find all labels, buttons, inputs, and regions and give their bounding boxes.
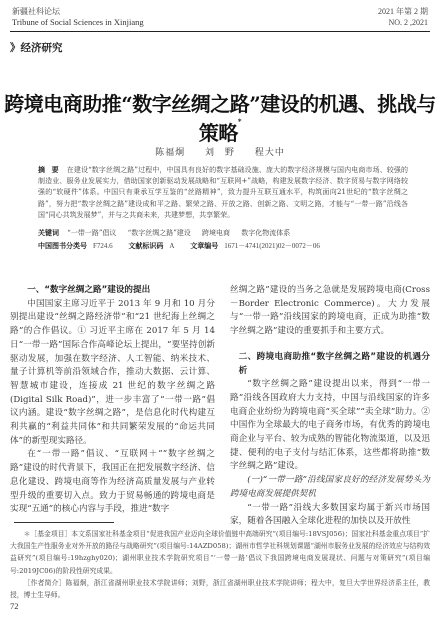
- abstract-label: 摘 要: [38, 166, 61, 174]
- author-3: 程大中: [255, 148, 285, 158]
- keyword: “一带一路”倡议: [67, 229, 116, 237]
- paragraph: “数字丝绸之路”建设提出以来，得到“一带一路”沿线各国政府大力支持，中国与沿线国…: [230, 378, 430, 474]
- body-column-left: 一、“数字丝绸之路”建设的提出 中国国家主席习近平于 2013 年 9 月和 1…: [10, 284, 215, 517]
- journal-name-en: Tribune of Social Sciences in Xinjiang: [12, 17, 144, 28]
- article-title: 跨境电商助推“数字丝绸之路”建设的机遇、挑战与策略*: [0, 88, 440, 146]
- clc-label: 中国图书分类号: [38, 242, 87, 250]
- article-no-label: 文章编号: [190, 242, 218, 250]
- keywords: 关键词 “一带一路”倡议 “数字丝绸之路”建设 跨境电商 数字化物流体系: [38, 228, 299, 238]
- article-no-value: 1671－4741(2021)02－0072－06: [224, 242, 320, 250]
- doc-code-label: 文献标识码: [128, 242, 163, 250]
- footnote-divider: [14, 522, 114, 523]
- paragraph: 中国国家主席习近平于 2013 年 9 月和 10 月分别提出建设“丝绸之路经济…: [10, 298, 215, 449]
- keyword: 跨境电商: [202, 229, 230, 237]
- journal-name-cn: 新疆社科论坛: [12, 6, 144, 17]
- footnotes: ＊［基金项目］本文系国家社科基金项目“促进我国产业迈向全球价值链中高端研究”(项…: [10, 528, 430, 601]
- clc-value: F724.6: [93, 242, 113, 250]
- issue-cn: 2021 年第 2 期: [378, 6, 428, 17]
- keyword: “数字丝绸之路”建设: [128, 229, 191, 237]
- paragraph: 在“一带一路”倡议、“互联网＋”“数字丝绸之路”建设的时代背景下，我国正在把发展…: [10, 448, 215, 517]
- title-footnote-mark: *: [238, 117, 241, 126]
- subsection-heading: (一)“一带一路”沿线国家良好的经济发展势头为跨境电商发展提供契机: [230, 474, 430, 501]
- journal-header-left: 新疆社科论坛 Tribune of Social Sciences in Xin…: [12, 6, 144, 28]
- abstract: 摘 要在建设“数字丝绸之路”过程中，中国具有良好的数字基础设施、庞大的数字经济规…: [38, 165, 408, 221]
- title-text: 跨境电商助推“数字丝绸之路”建设的机遇、挑战与策略: [4, 92, 436, 145]
- journal-header-right: 2021 年第 2 期 NO. 2 ,2021: [378, 6, 428, 28]
- section-heading-2: 二、跨境电商助推“数字丝绸之路”建设的机遇分析: [239, 351, 430, 378]
- section-tag: 》经济研究: [10, 40, 63, 55]
- body-column-right: 丝绸之路”建设的当务之急就是发展跨境电商(Cross－Border Electr…: [230, 284, 430, 529]
- issue-en: NO. 2 ,2021: [378, 17, 428, 28]
- keyword: 数字化物流体系: [241, 229, 290, 237]
- authors: 陈福炯 刘 野 程大中: [0, 145, 440, 158]
- author-2: 刘 野: [205, 148, 235, 158]
- paragraph: 丝绸之路”建设的当务之急就是发展跨境电商(Cross－Border Electr…: [230, 284, 430, 339]
- fund-footnote: ＊［基金项目］本文系国家社科基金项目“促进我国产业迈向全球价值链中高端研究”(项…: [10, 528, 430, 577]
- doc-code-value: A: [169, 242, 174, 250]
- classification-line: 中国图书分类号F724.6 文献标识码A 文章编号1671－4741(2021)…: [38, 241, 334, 251]
- header-rule: [10, 31, 430, 32]
- page-number: 72: [10, 601, 19, 611]
- paragraph: “一带一路”沿线大多数国家均属于新兴市场国家，随着各国融入全球化进程的加快以及开…: [230, 502, 430, 529]
- keywords-label: 关键词: [38, 229, 59, 237]
- section-heading-1: 一、“数字丝绸之路”建设的提出: [27, 284, 215, 298]
- abstract-text: 在建设“数字丝绸之路”过程中，中国具有良好的数字基础设施、庞大的数字经济规模与国…: [38, 166, 408, 219]
- author-1: 陈福炯: [155, 148, 185, 158]
- author-intro-footnote: ［作者简介］陈福炯，浙江省湖州职业技术学院讲师；刘野，浙江省湖州职业技术学院讲师…: [10, 577, 430, 601]
